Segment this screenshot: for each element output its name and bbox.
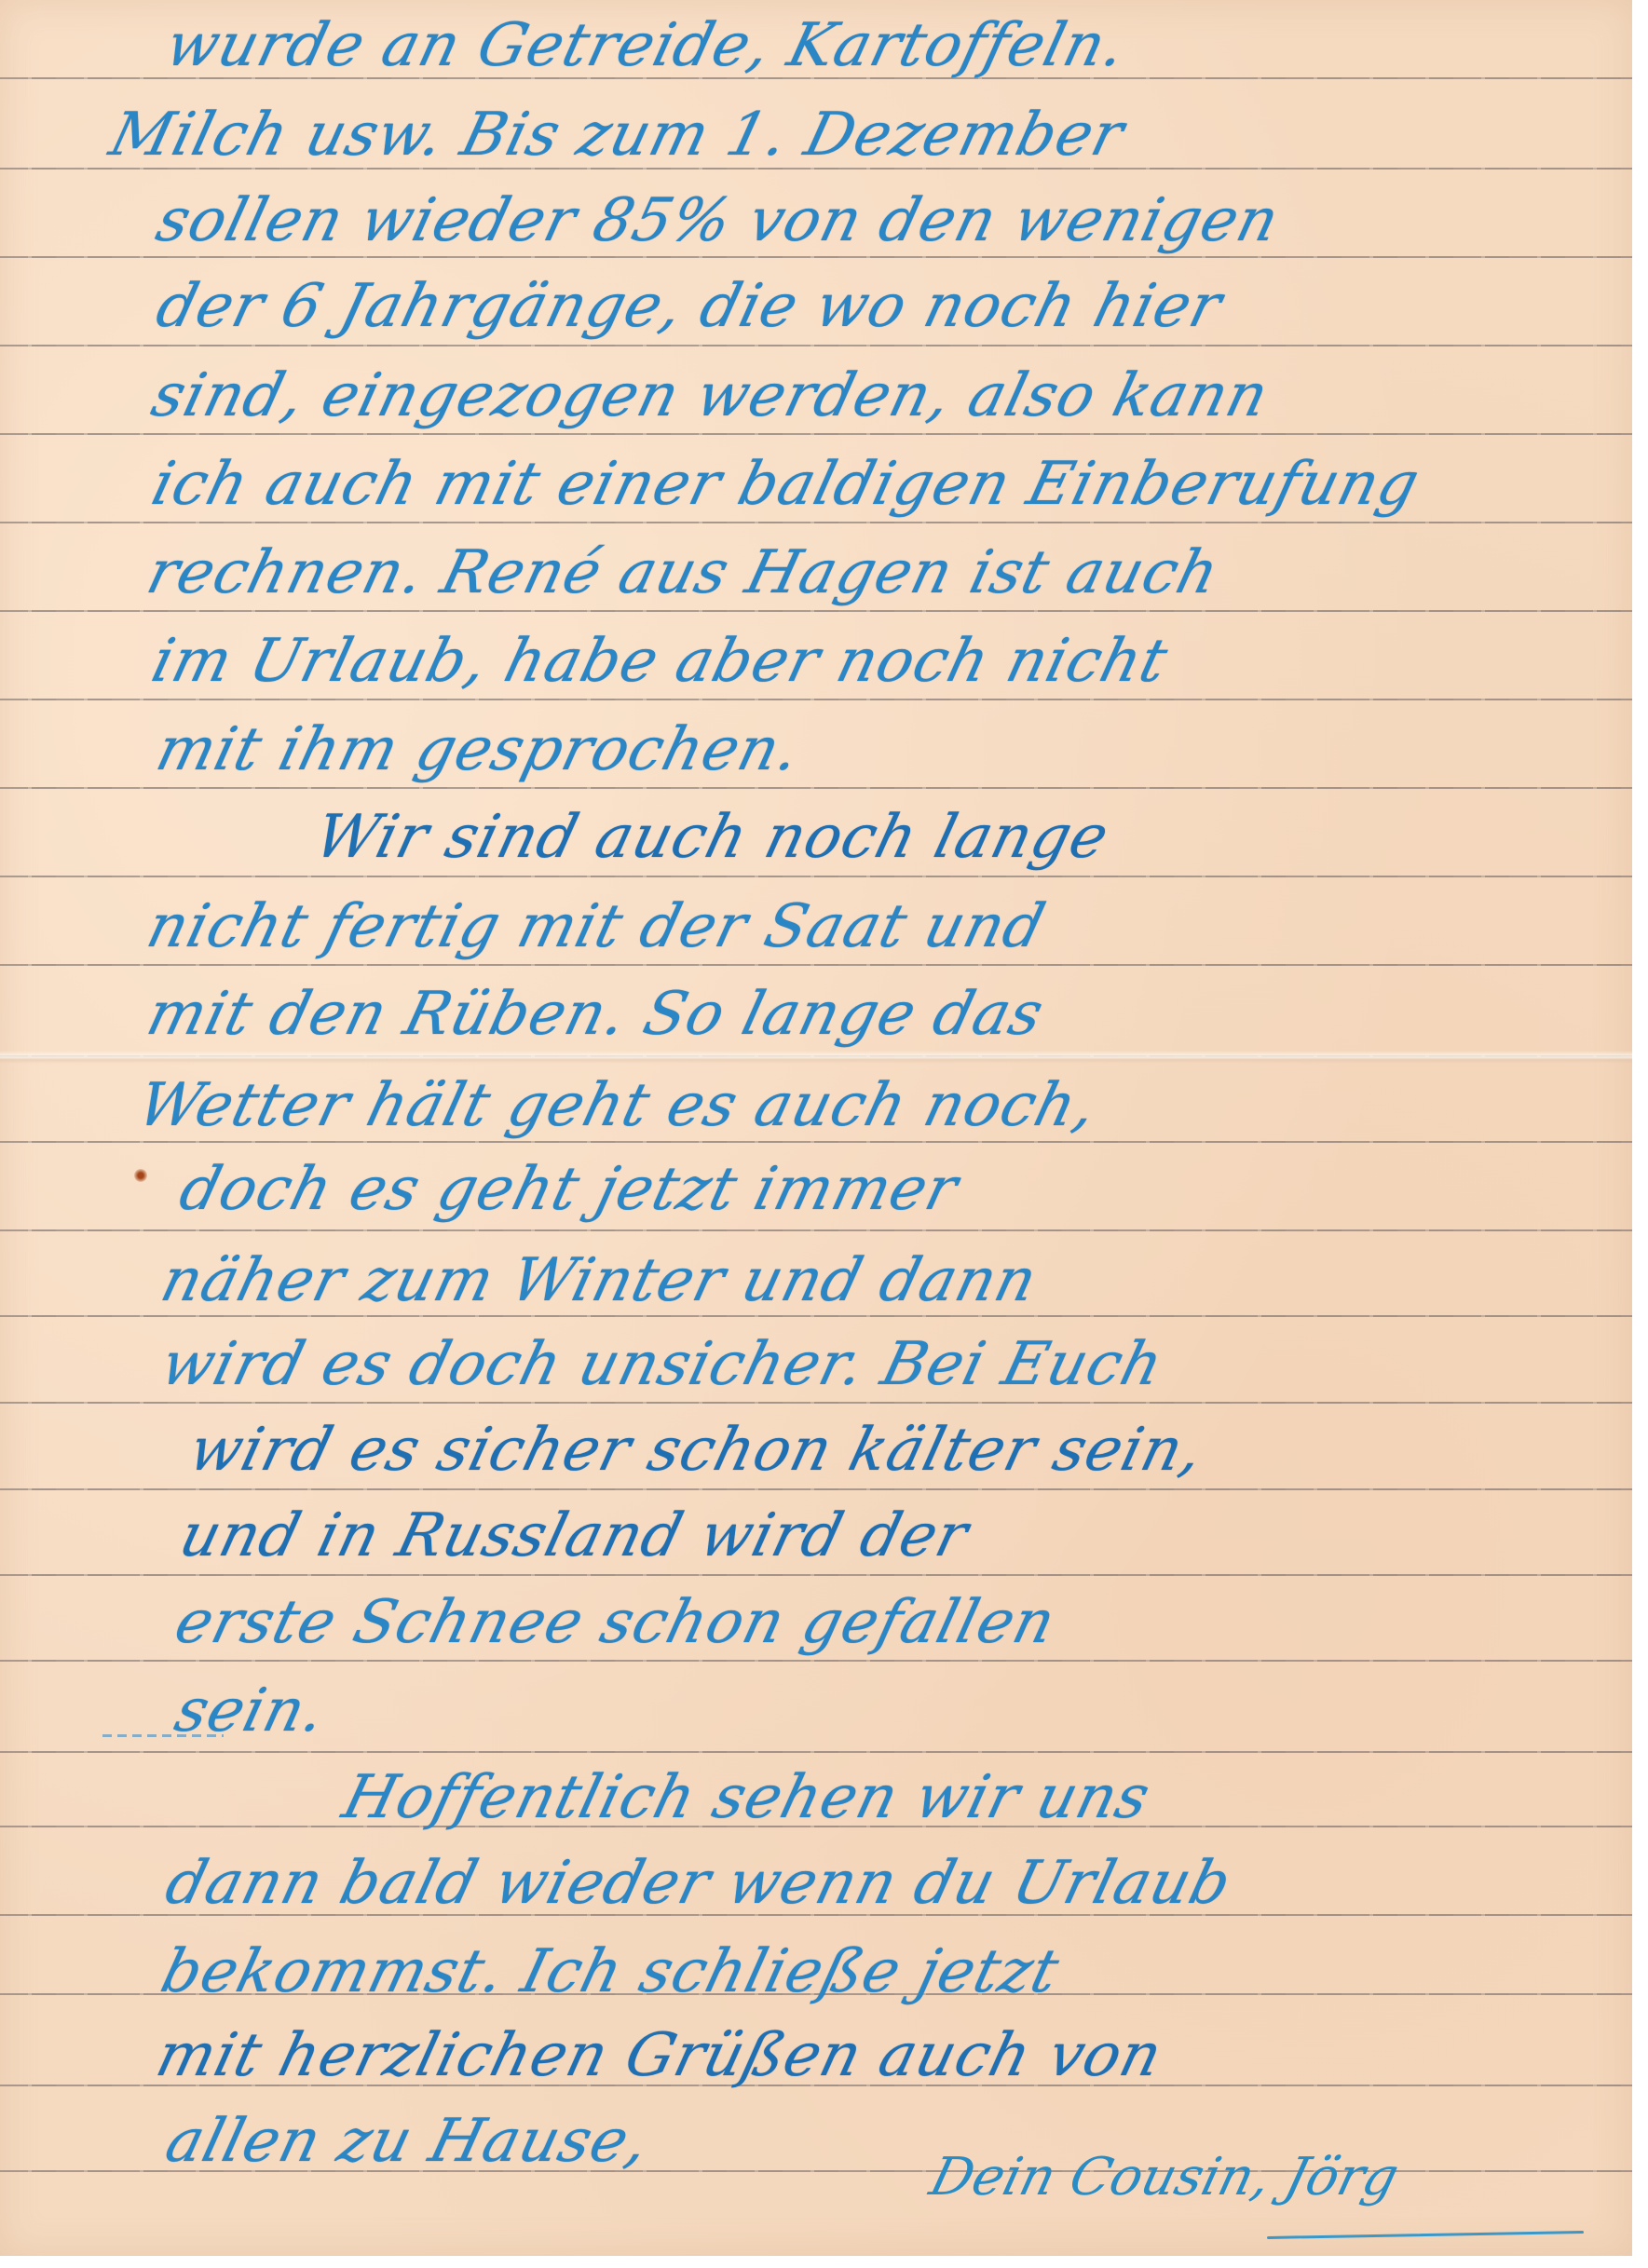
letter-line: ich auch mit einer baldigen Einberufung: [145, 450, 1426, 519]
ruled-line: [0, 1488, 1632, 1490]
letter-line: erste Schnee schon gefallen: [169, 1588, 1063, 1657]
letter-line: und in Russland wird der: [173, 1501, 975, 1570]
letter-line: der 6 Jahrgänge, die wo noch hier: [150, 272, 1229, 341]
ruled-line: [0, 256, 1632, 258]
letter-line: im Urlaub, habe aber noch nicht: [145, 627, 1175, 696]
ruled-line: [0, 1574, 1632, 1576]
letter-line: doch es geht jetzt immer: [173, 1155, 965, 1224]
letter-line: näher zum Winter und dann: [155, 1246, 1044, 1315]
ruled-line: [0, 876, 1632, 877]
letter-line: rechnen. René aus Hagen ist auch: [141, 538, 1226, 607]
fold-crease: [0, 1051, 1632, 1064]
letter-line: wurde an Getreide, Kartoffeln.: [159, 11, 1133, 80]
letter-line: mit herzlichen Grüßen auch von: [150, 2021, 1169, 2090]
signature-underline: [1267, 2231, 1584, 2239]
ruled-line: [0, 1315, 1632, 1317]
ruled-line: [0, 1141, 1632, 1143]
letter-line: Wir sind auch noch lange: [308, 803, 1116, 872]
letter-page: wurde an Getreide, Kartoffeln. Milch usw…: [0, 0, 1632, 2256]
ruled-line: [0, 1751, 1632, 1753]
letter-line: sein.: [169, 1677, 333, 1745]
letter-line: wird es doch unsicher. Bei Euch: [155, 1330, 1170, 1399]
letter-line: allen zu Hause,: [159, 2107, 657, 2176]
ruled-line: [0, 1660, 1632, 1662]
ruled-line: [0, 433, 1632, 435]
ruled-line: [0, 699, 1632, 700]
letter-line: Milch usw. Bis zum 1. Dezember: [103, 101, 1131, 170]
letter-line: mit den Rüben. So lange das: [141, 980, 1051, 1049]
ruled-line: [0, 787, 1632, 789]
ruled-line: [0, 610, 1632, 612]
ruled-line: [0, 1402, 1632, 1404]
ruled-line: [0, 345, 1632, 346]
letter-line: sollen wieder 85% von den wenigen: [150, 186, 1287, 255]
letter-line: wird es sicher schon kälter sein,: [183, 1416, 1211, 1485]
letter-line: Hoffentlich sehen wir uns: [336, 1763, 1157, 1832]
letter-line: mit ihm gesprochen.: [150, 715, 808, 784]
rust-spot: [134, 1169, 147, 1182]
letter-line: nicht fertig mit der Saat und: [141, 892, 1053, 961]
letter-line: sind, eingezogen werden, also kann: [145, 361, 1275, 430]
letter-line: dann bald wieder wenn du Urlaub: [159, 1849, 1238, 1918]
ruled-line: [0, 522, 1632, 523]
letter-line: bekommst. Ich schließe jetzt: [155, 1937, 1066, 2006]
letter-line: Wetter hält geht es auch noch,: [131, 1071, 1104, 1140]
ruled-line: [0, 1229, 1632, 1231]
signature: Dein Cousin, Jörg: [924, 2147, 1405, 2207]
ruled-line: [0, 964, 1632, 966]
